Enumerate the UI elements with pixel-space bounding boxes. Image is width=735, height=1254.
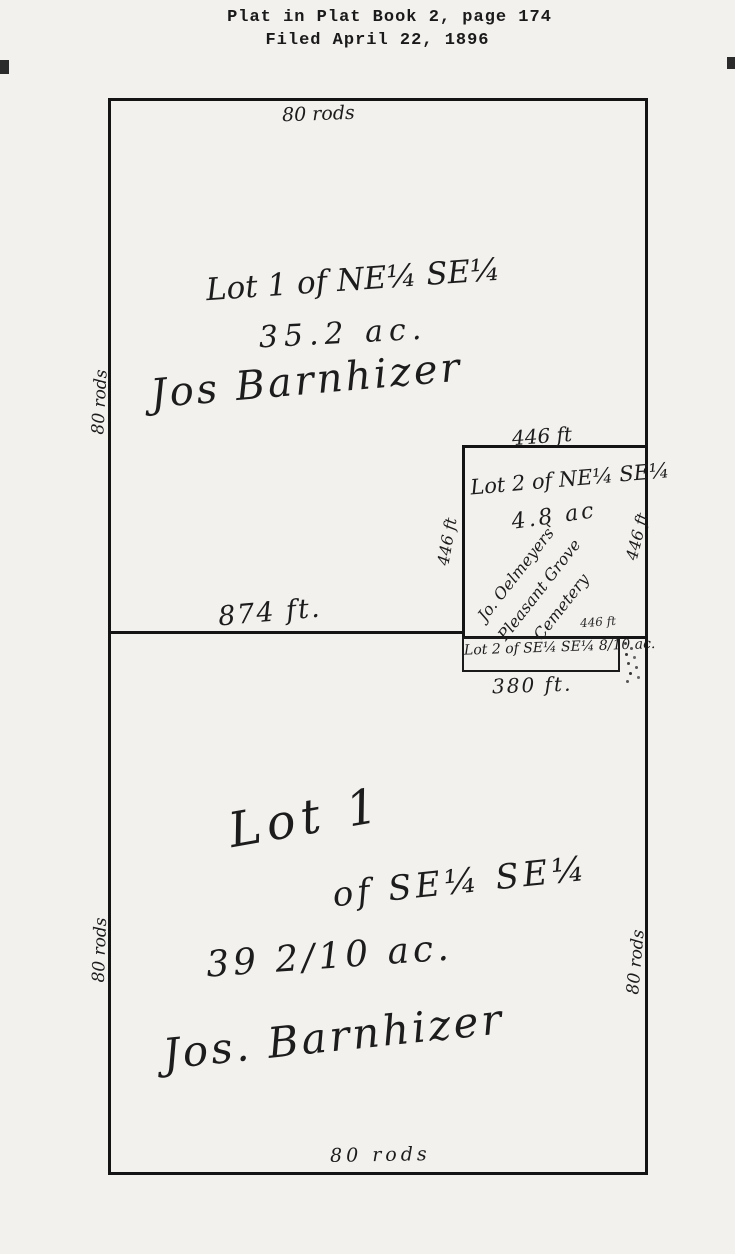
filed-date: Filed April 22, 1896 xyxy=(10,31,735,50)
lot-divider-line xyxy=(110,631,462,634)
cemetery-inner-bottom-dimension: 446 ft xyxy=(580,614,617,630)
strip-width-label: 380 ft. xyxy=(492,672,573,699)
plat-document-page: Plat in Plat Book 2, page 174 Filed Apri… xyxy=(0,0,735,1254)
left-lower-dimension-label: 80 rods xyxy=(88,890,112,1011)
cemetery-top-dimension: 446 ft xyxy=(511,422,573,450)
bottom-dimension-label: 80 rods xyxy=(330,1143,431,1167)
scan-artifact-left xyxy=(0,60,9,74)
scan-artifact-right xyxy=(727,57,735,69)
top-dimension-label: 80 rods xyxy=(282,102,355,127)
scan-smudge xyxy=(624,642,627,645)
plat-book-title: Plat in Plat Book 2, page 174 xyxy=(22,8,735,27)
